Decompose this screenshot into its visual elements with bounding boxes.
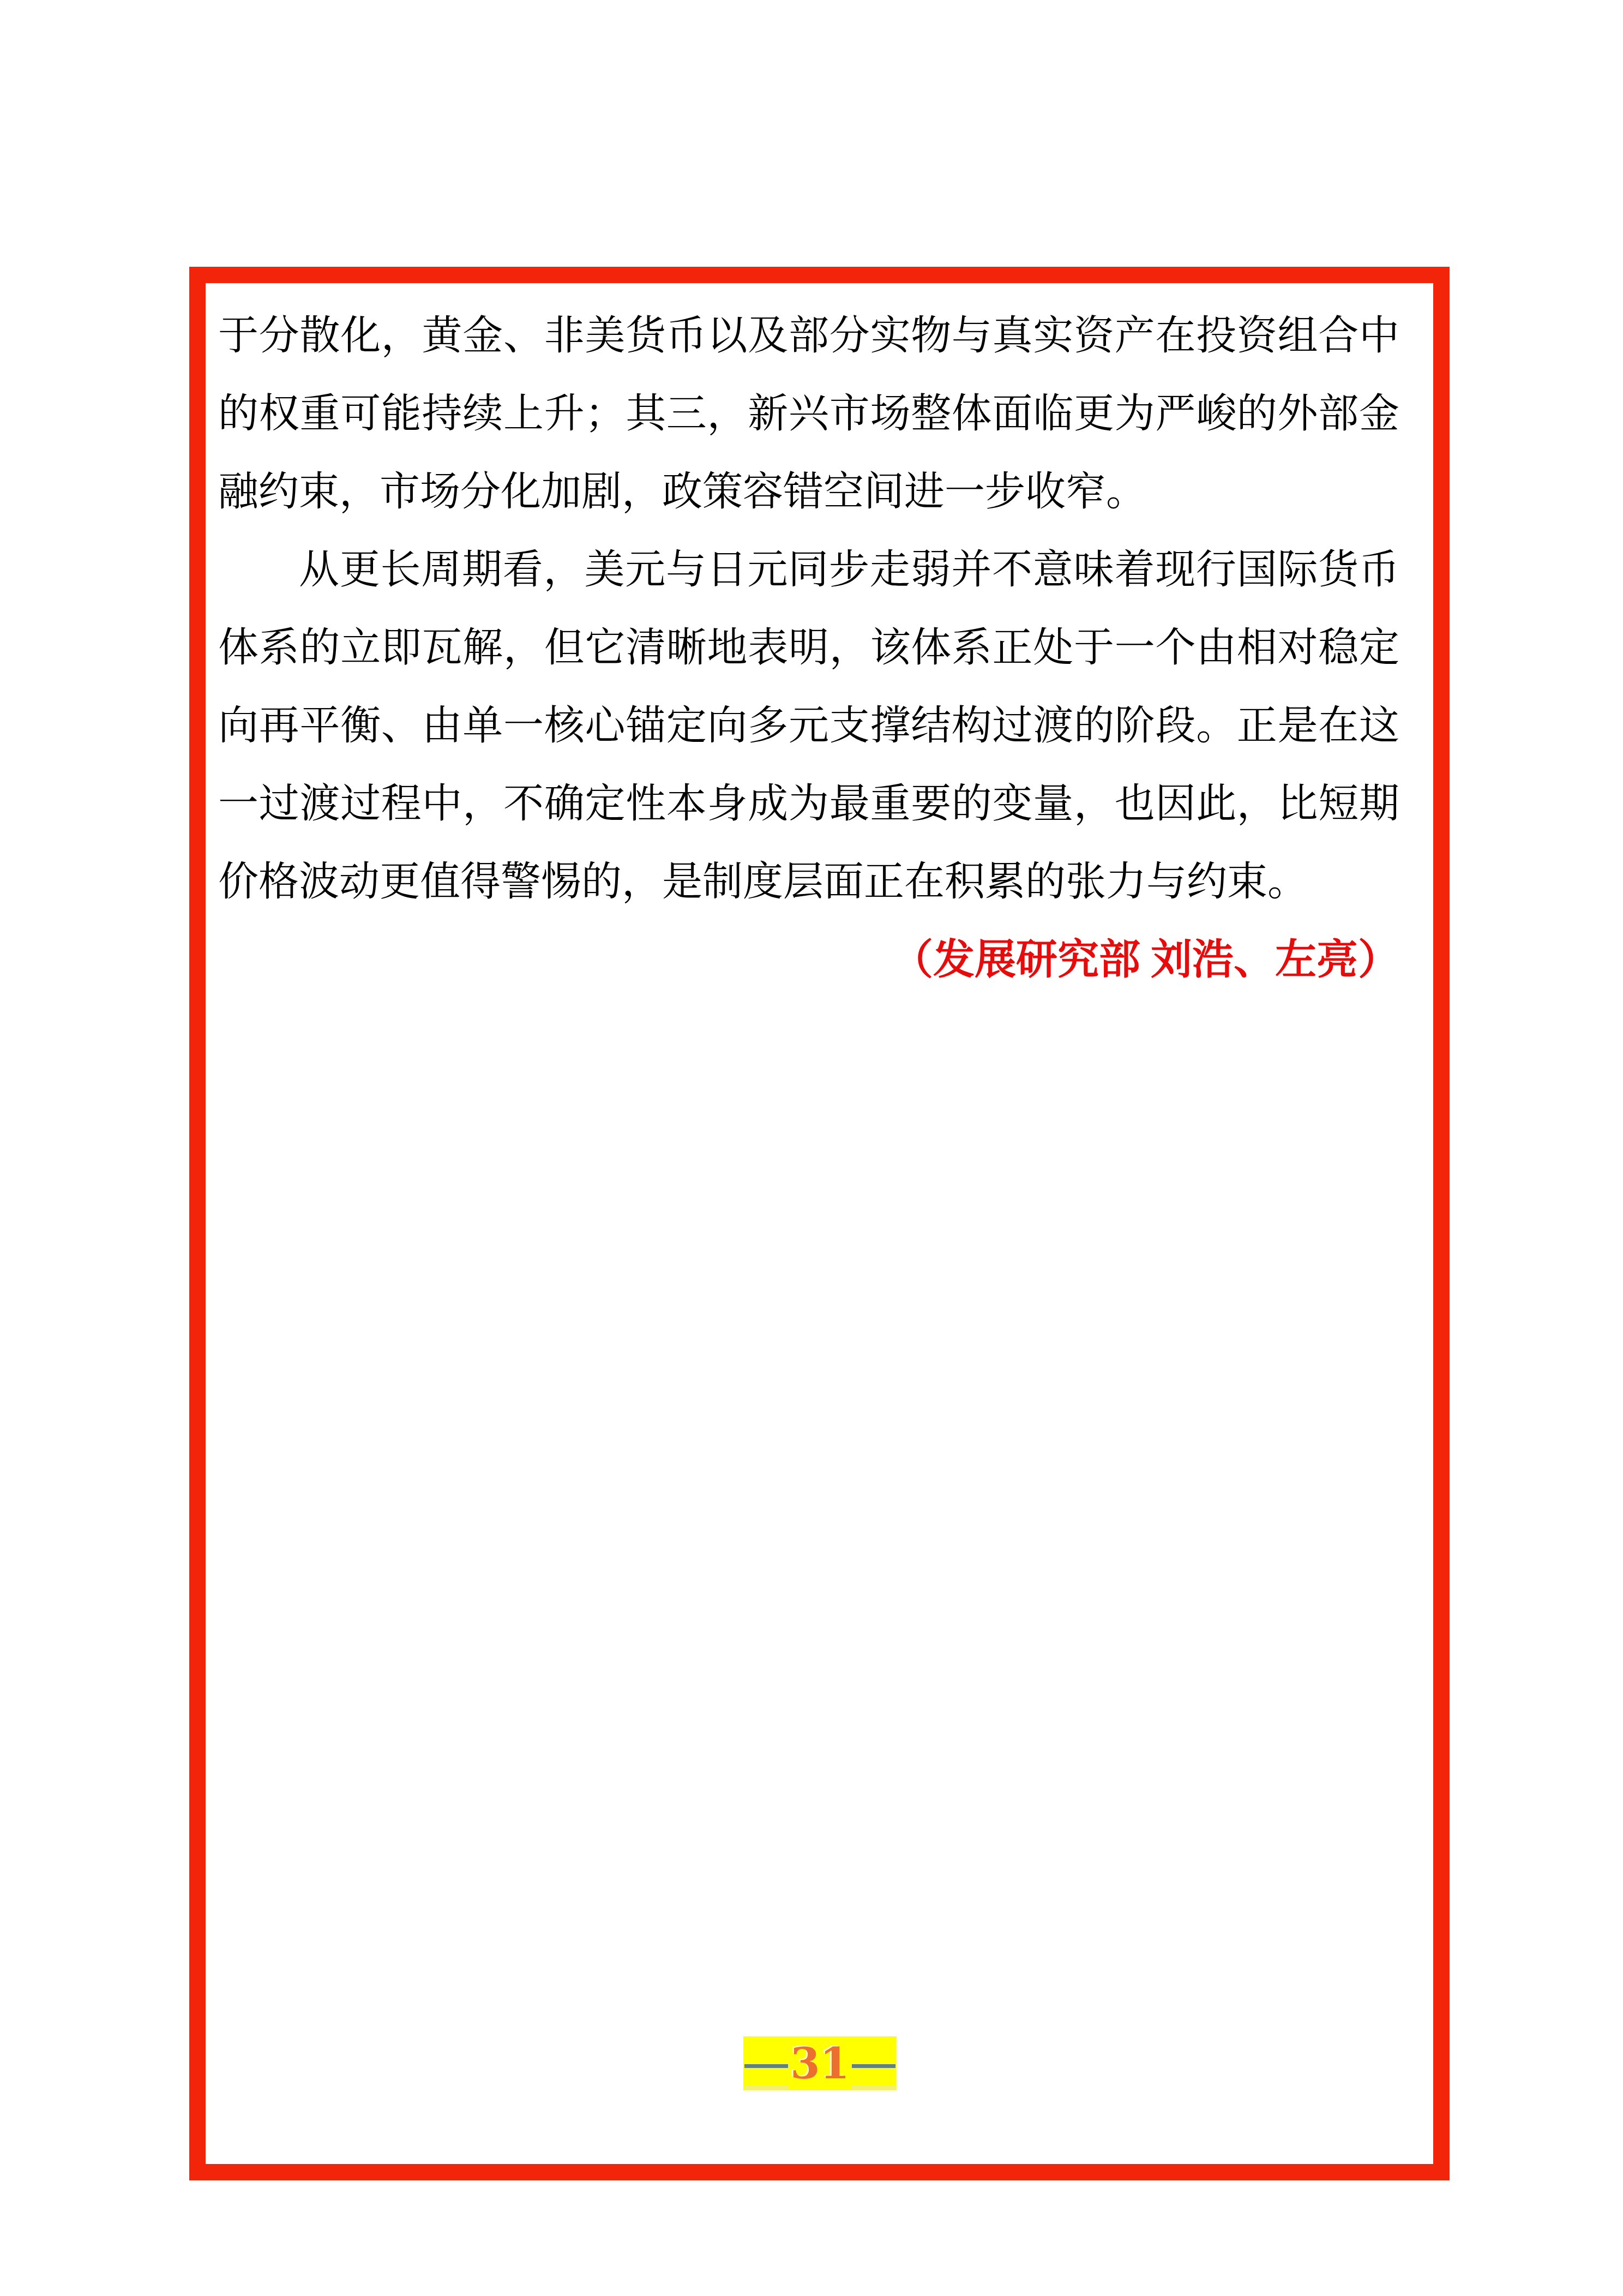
body-line: 价格波动更值得警惕的，是制度层面正在积累的张力与约束。 <box>218 843 1399 921</box>
body-line: 于分散化，黄金、非美货币以及部分实物与真实资产在投资组合中 <box>218 297 1399 375</box>
body-line: 从更长周期看，美元与日元同步走弱并不意味着现行国际货币 <box>218 531 1399 609</box>
page-number: 31 <box>790 2043 850 2085</box>
page-number-dash-left <box>744 2064 788 2068</box>
document-page: { "frame": { "border_color": "#f2250b" }… <box>0 0 1623 2296</box>
body-text-block: 于分散化，黄金、非美货币以及部分实物与真实资产在投资组合中 的权重可能持续上升；… <box>218 297 1399 999</box>
body-line: 体系的立即瓦解，但它清晰地表明，该体系正处于一个由相对稳定 <box>218 609 1399 687</box>
body-line: 的权重可能持续上升；其三，新兴市场整体面临更为严峻的外部金 <box>218 375 1399 453</box>
page-number-underline-left <box>744 2086 788 2089</box>
page-number-underline-right <box>852 2086 895 2089</box>
body-line: 向再平衡、由单一核心锚定向多元支撑结构过渡的阶段。正是在这 <box>218 687 1399 765</box>
body-line: 一过渡过程中，不确定性本身成为最重要的变量，也因此，比短期 <box>218 765 1399 843</box>
page-number-dash-right <box>852 2064 895 2068</box>
attribution-line: （发展研究部 刘浩、左亮） <box>218 921 1399 999</box>
body-line: 融约束，市场分化加剧，政策容错空间进一步收窄。 <box>218 453 1399 531</box>
page-number-badge: 31 <box>743 2036 897 2090</box>
